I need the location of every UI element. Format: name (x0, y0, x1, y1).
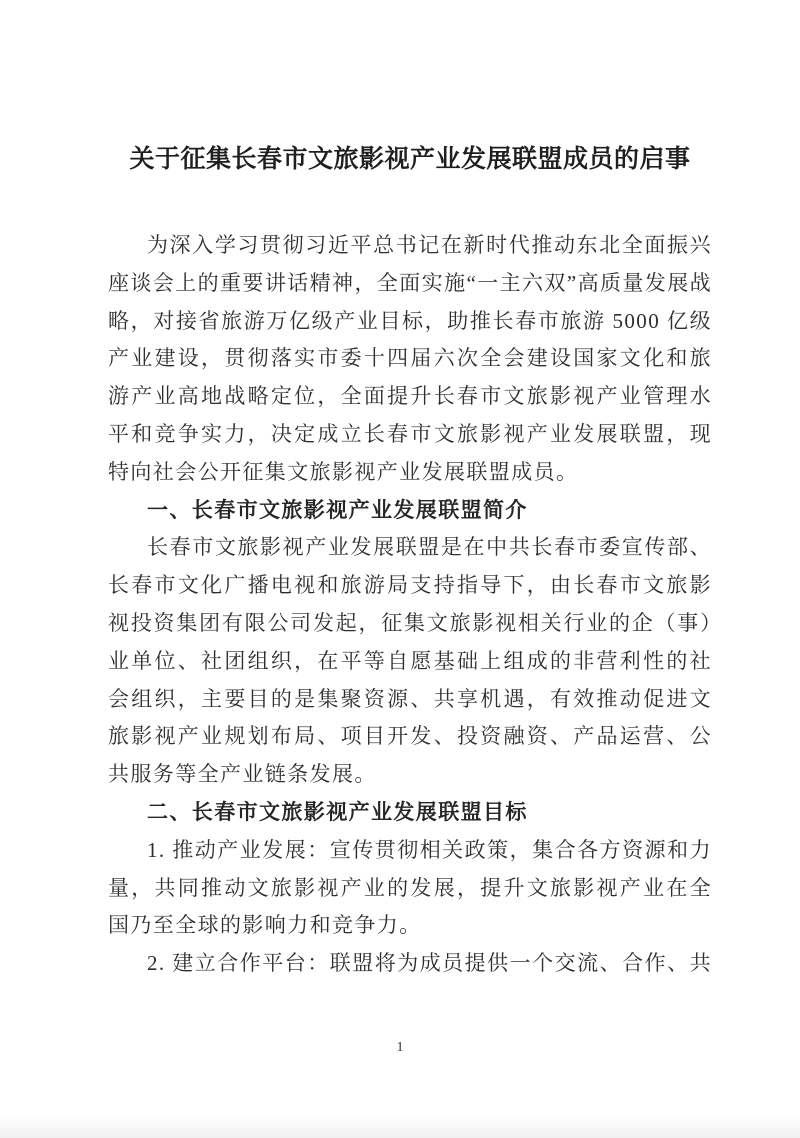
paragraph-intro: 为深入学习贯彻习近平总书记在新时代推动东北全面振兴座谈会上的重要讲话精神，全面实… (108, 227, 712, 492)
paragraph-goal-2-truncated: 2. 建立合作平台：联盟将为成员提供一个交流、合作、共 (108, 945, 712, 983)
paragraph-goal-1: 1. 推动产业发展：宣传贯彻相关政策，集合各方资源和力量，共同推动文旅影视产业的… (108, 832, 712, 945)
document-content: 关于征集长春市文旅影视产业发展联盟成员的启事 为深入学习贯彻习近平总书记在新时代… (108, 0, 712, 983)
section-heading-1: 一、长春市文旅影视产业发展联盟简介 (108, 492, 712, 530)
paragraph-alliance-intro: 长春市文旅影视产业发展联盟是在中共长春市委宣传部、长春市文化广播电视和旅游局支持… (108, 529, 712, 794)
section-heading-2: 二、长春市文旅影视产业发展联盟目标 (108, 794, 712, 832)
document-page: 关于征集长春市文旅影视产业发展联盟成员的启事 为深入学习贯彻习近平总书记在新时代… (0, 0, 800, 1138)
page-number: 1 (0, 1038, 800, 1058)
document-title: 关于征集长春市文旅影视产业发展联盟成员的启事 (108, 0, 712, 179)
